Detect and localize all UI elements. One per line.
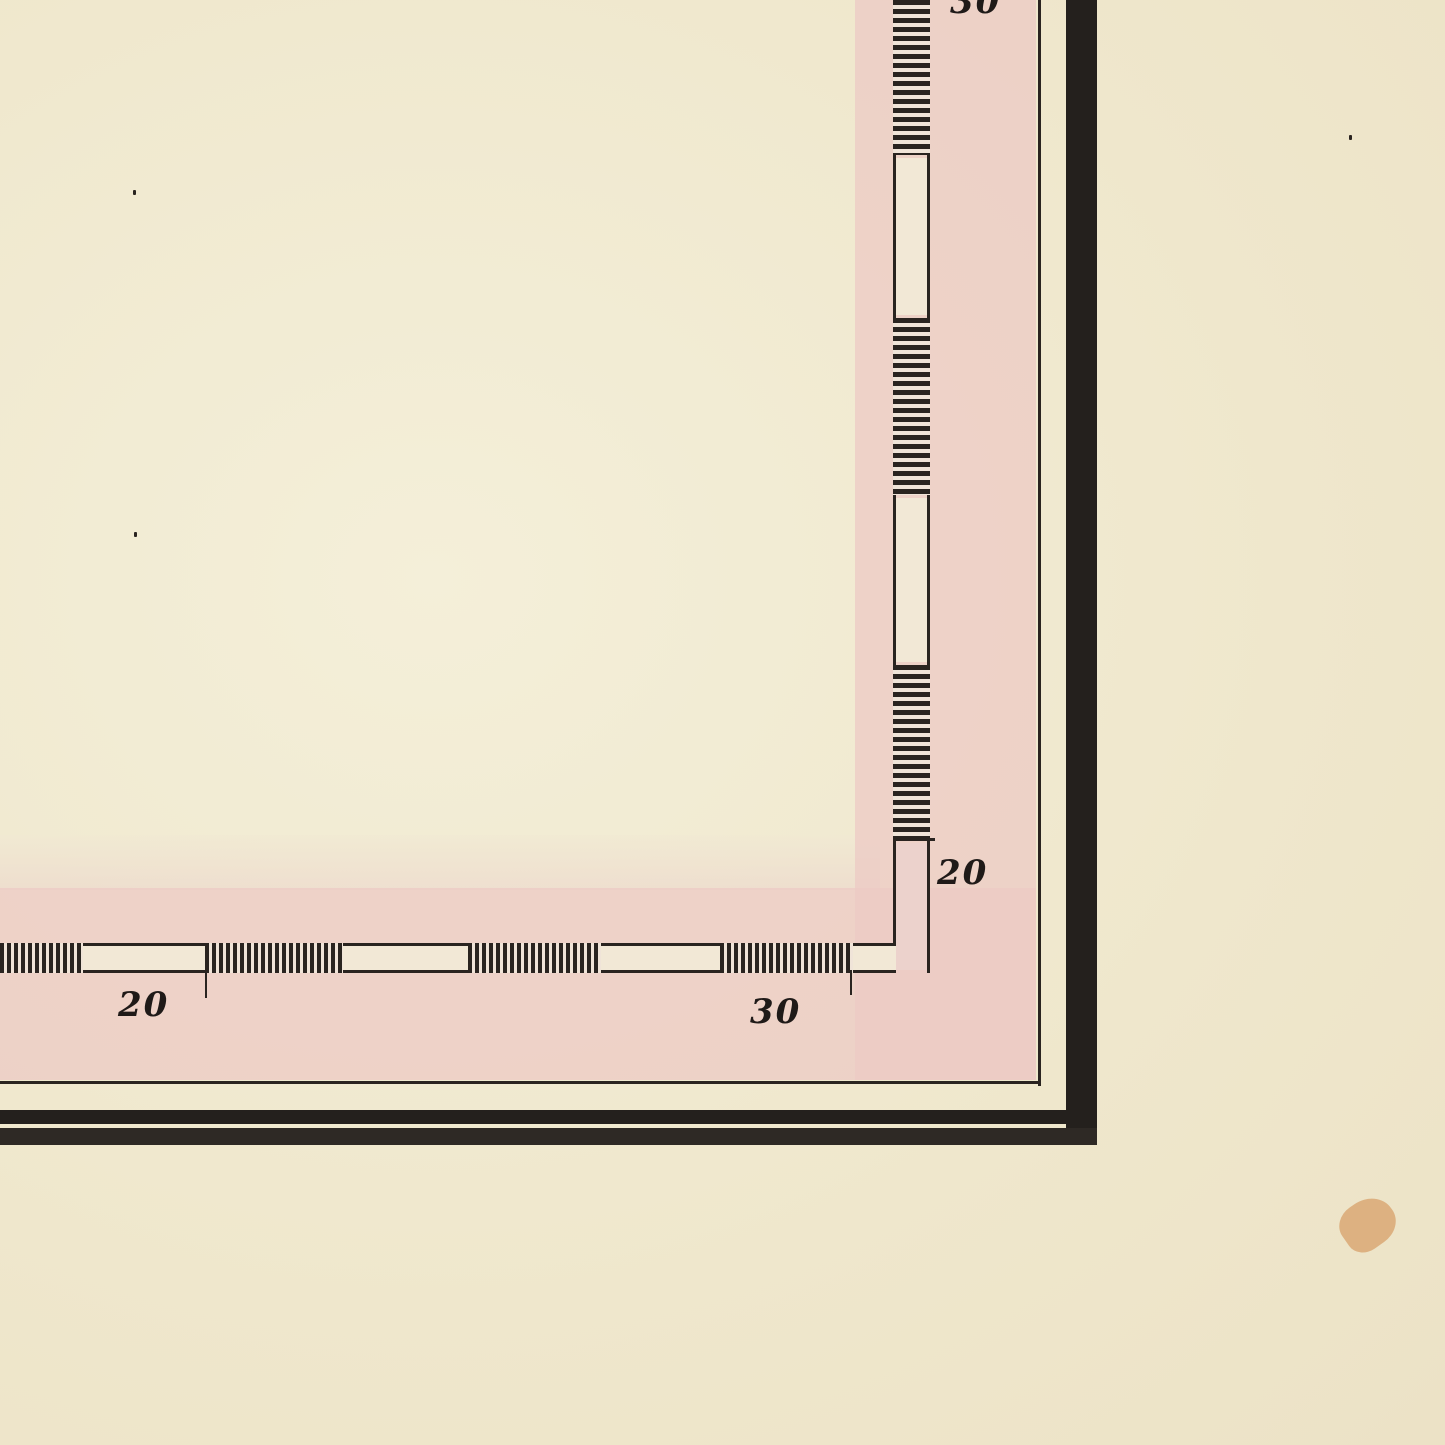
bottom-scale-hatched-segment [468, 943, 601, 973]
thick-border-horizontal-bottom [0, 1128, 1097, 1145]
scale-tick-right-20 [893, 838, 935, 841]
paper-stain [1331, 1188, 1404, 1259]
right-scale-hatched-segment [893, 318, 930, 495]
thick-border-vertical [1066, 0, 1097, 1145]
right-scale-hatched-segment [893, 0, 930, 155]
bottom-scale-hatched-segment [205, 943, 343, 973]
thick-border-horizontal-top [0, 1110, 1097, 1124]
map-sheet: 30 20 20 30 [0, 0, 1445, 1445]
bottom-scale-label-right: 30 [750, 992, 801, 1032]
corner-box [896, 843, 927, 970]
bottom-scale-label-left: 20 [118, 985, 169, 1025]
bottom-scale-plain-segment [601, 946, 720, 970]
paper-speck [134, 532, 137, 537]
paper-speck [1349, 135, 1352, 140]
scale-tick-30 [850, 970, 852, 995]
outer-thin-line-horizontal [0, 1081, 1041, 1084]
right-scale-label-top: 30 [950, 0, 1001, 22]
pink-wash-fade [0, 835, 880, 890]
outer-thin-line-vertical [1038, 0, 1041, 1086]
right-scale-label-bottom: 20 [937, 853, 988, 893]
pink-wash-bottom [0, 888, 1036, 1080]
right-scale-plain-segment [896, 498, 927, 662]
bottom-scale-plain-segment [83, 946, 205, 970]
paper-speck [133, 190, 136, 195]
right-scale-plain-segment [896, 158, 927, 315]
scale-tick-20 [205, 970, 207, 998]
bottom-scale-hatched-segment [720, 943, 853, 973]
right-scale-hatched-segment [893, 665, 930, 840]
bottom-scale-plain-segment [343, 946, 468, 970]
bottom-scale-hatched-segment [0, 943, 83, 973]
